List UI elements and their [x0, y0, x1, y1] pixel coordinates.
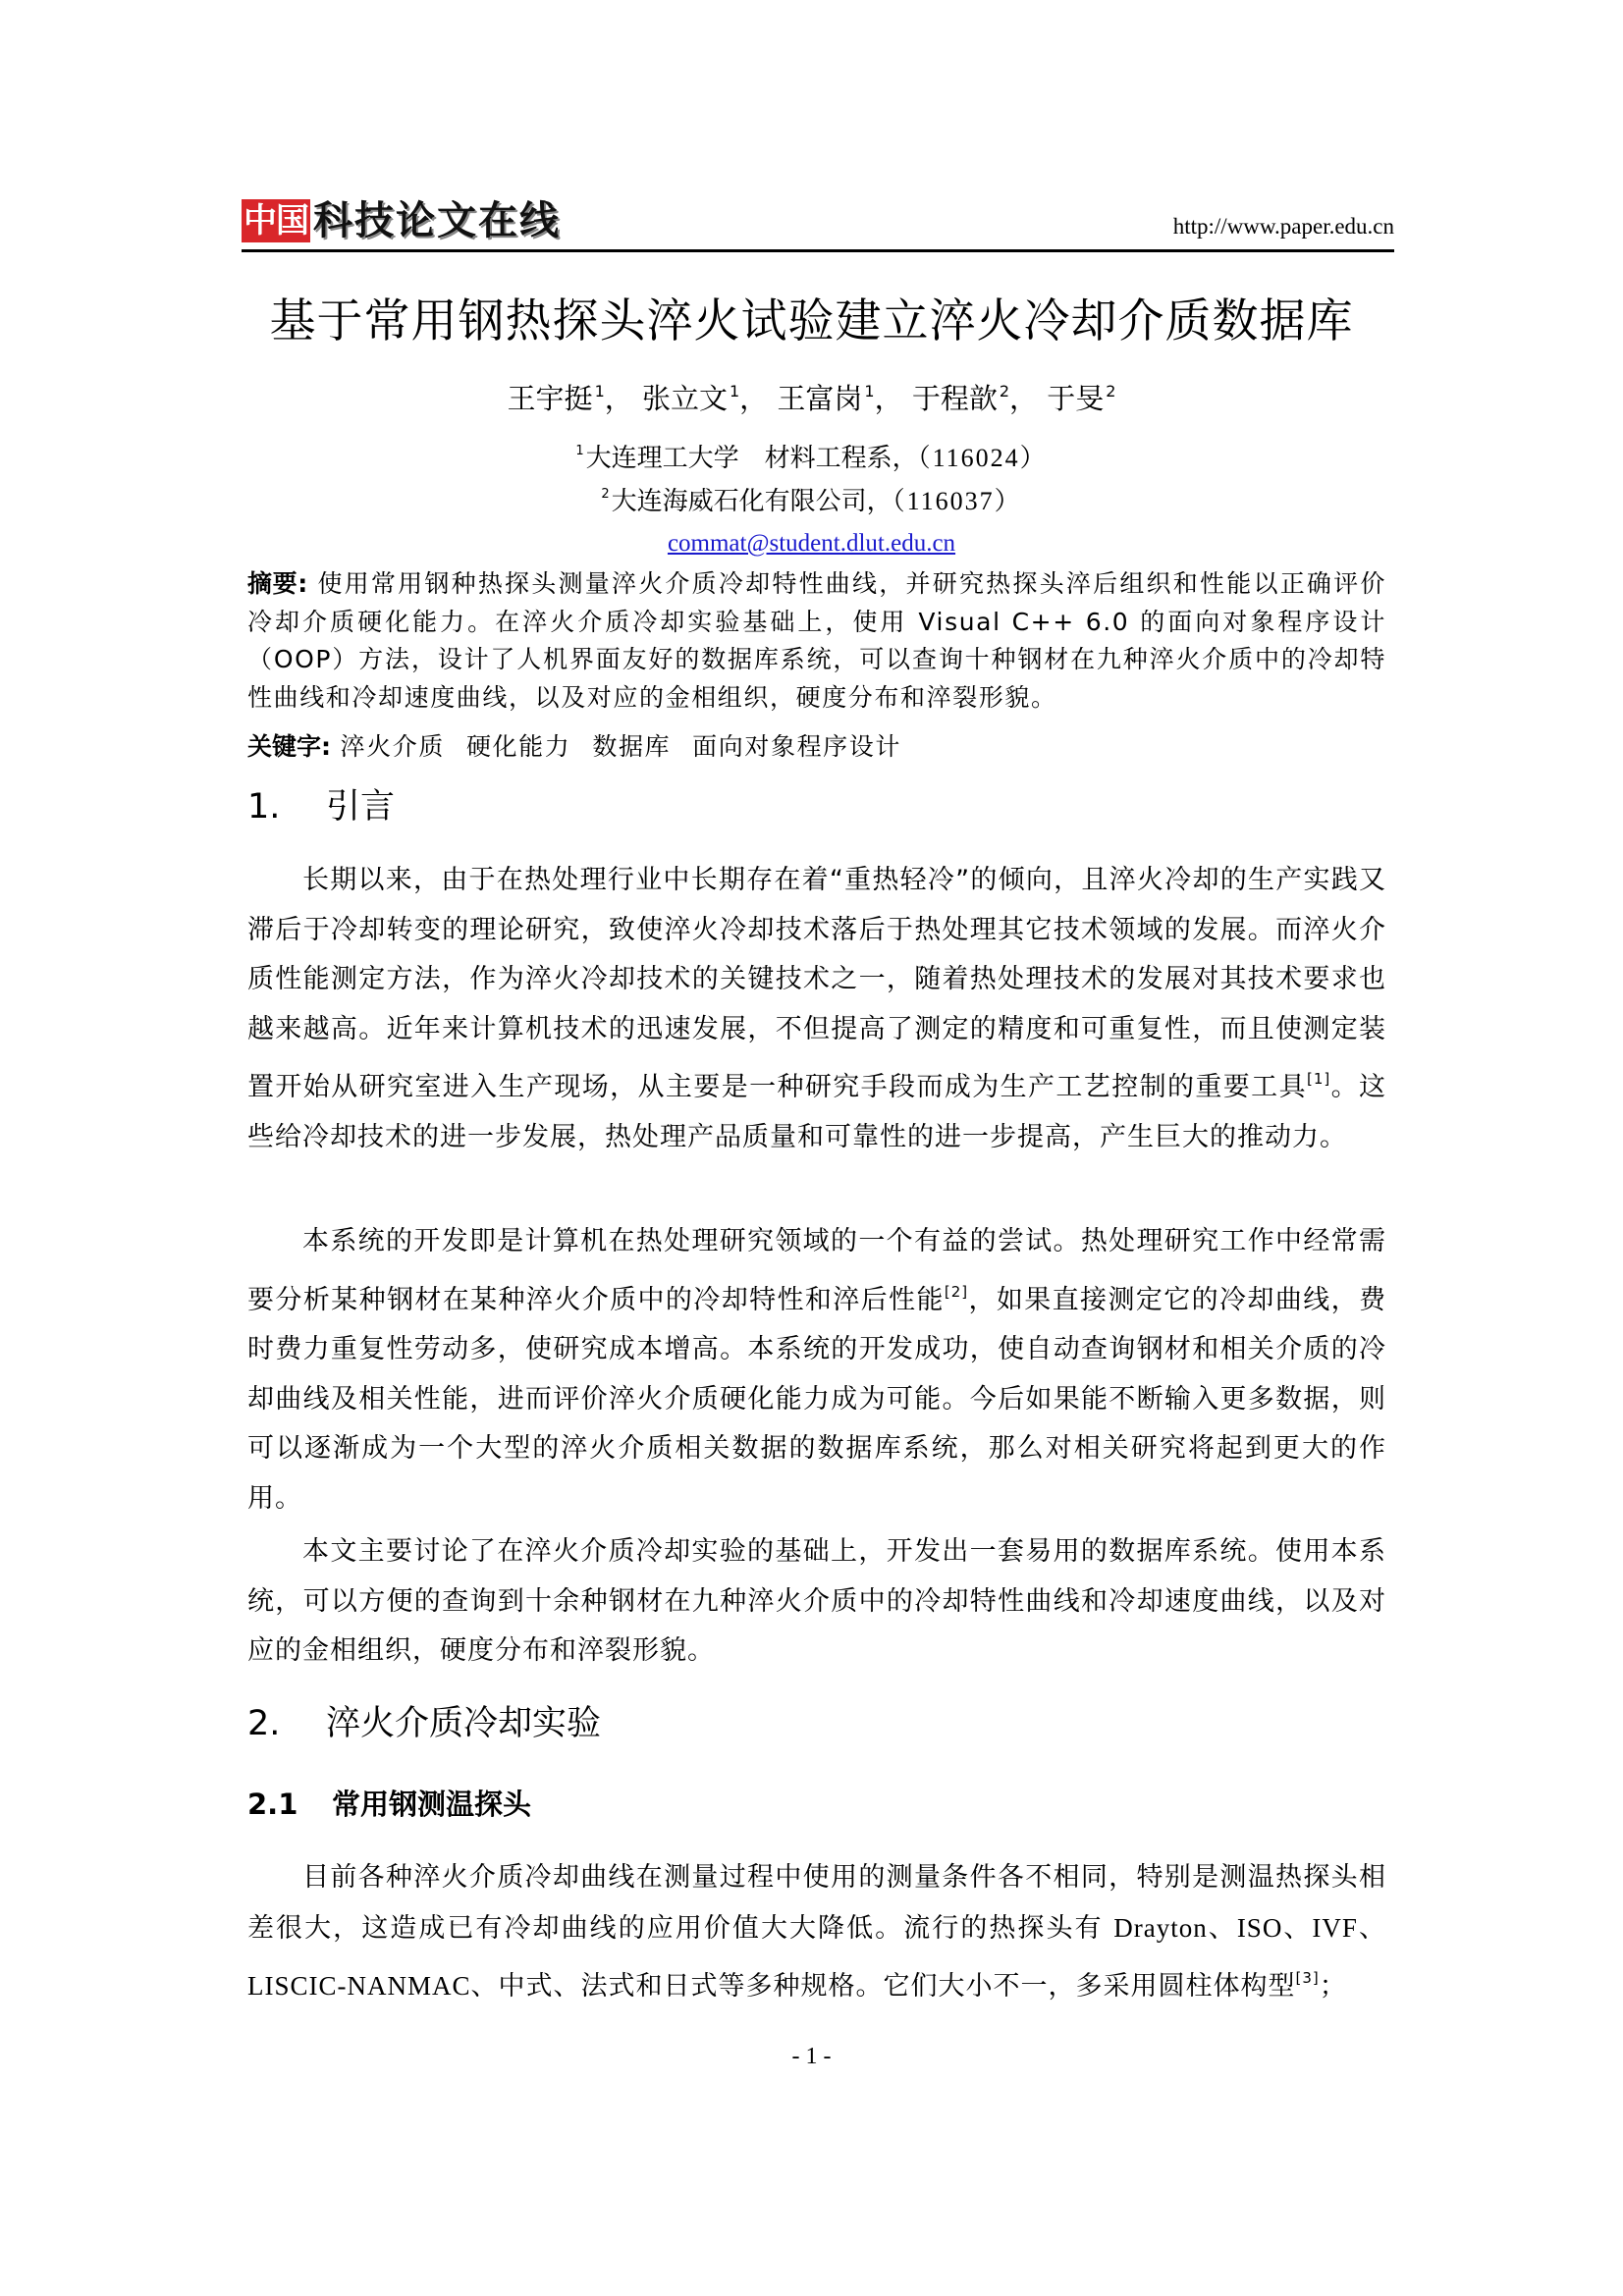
paragraph-intro-2: 本系统的开发即是计算机在热处理研究领域的一个有益的尝试。热处理研究工作中经常需要…	[247, 1217, 1386, 1523]
keywords: 关键字: 淬火介质硬化能力数据库面向对象程序设计	[247, 728, 1386, 766]
paragraph-intro-1: 长期以来，由于在热处理行业中长期存在着“重热轻冷”的倾向，且淬火冷却的生产实践又…	[247, 856, 1386, 1162]
paper-page: 中国 科技论文在线 http://www.paper.edu.cn 基于常用钢热…	[0, 0, 1623, 2296]
author-list: 王宇挺1， 张立文1， 王富岗1， 于程歆2， 于旻2	[0, 377, 1623, 417]
subsection-number: 2.1	[247, 1785, 332, 1824]
author-affil-mark: 1	[864, 382, 874, 400]
logo-black-text: 科技论文在线	[313, 197, 561, 244]
header-divider	[242, 249, 1394, 252]
keyword: 淬火介质	[341, 732, 445, 761]
site-url: http://www.paper.edu.cn	[1173, 214, 1394, 240]
para-text: ；	[1320, 1971, 1347, 2002]
affil-mark: 1	[575, 444, 583, 458]
author-affil-mark: 1	[595, 382, 605, 400]
logo-red-text: 中国	[242, 199, 310, 242]
author-affil-mark: 2	[1106, 382, 1115, 400]
author: 王宇挺	[508, 382, 593, 415]
paragraph-2-1: 目前各种淬火介质冷却曲线在测量过程中使用的测量条件各不相同，特别是测温热探头相差…	[247, 1853, 1386, 2012]
section-title: 引言	[326, 787, 395, 827]
citation-ref: [2]	[945, 1283, 968, 1301]
citation-ref: [3]	[1296, 1969, 1320, 1987]
abstract: 摘要: 使用常用钢种热探头测量淬火介质冷却特性曲线，并研究热探头淬后组织和性能以…	[247, 565, 1386, 717]
affiliation-1: 1大连理工大学 材料工程系，（116024）	[0, 438, 1623, 474]
keywords-label: 关键字:	[247, 732, 331, 761]
author-affil-mark: 2	[1000, 382, 1009, 400]
postal-code: （116024）	[918, 444, 1048, 472]
affiliation-2: 2大连海威石化有限公司，（116037）	[0, 481, 1623, 517]
keyword: 数据库	[592, 732, 671, 761]
abstract-label: 摘要:	[247, 569, 307, 598]
author-affil-mark: 1	[730, 382, 739, 400]
affil-text: 大连理工大学 材料工程系，	[586, 444, 918, 473]
affil-text: 大连海威石化有限公司，	[612, 487, 893, 516]
paragraph-intro-3: 本文主要讨论了在淬火介质冷却实验的基础上，开发出一套易用的数据库系统。使用本系统…	[247, 1527, 1386, 1677]
author: 王富岗	[777, 382, 862, 415]
paper-title: 基于常用钢热探头淬火试验建立淬火冷却介质数据库	[0, 285, 1623, 350]
section-number: 2.	[247, 1702, 326, 1745]
email-link[interactable]: commat@student.dlut.edu.cn	[668, 530, 955, 557]
author: 于旻	[1047, 382, 1104, 415]
subsection-title: 常用钢测温探头	[332, 1788, 531, 1821]
site-logo: 中国 科技论文在线	[242, 196, 561, 245]
contact-email: commat@student.dlut.edu.cn	[0, 530, 1623, 558]
para-text: 本文主要讨论了在淬火介质冷却实验的基础上，开发出一套易用的数据库系统。使用本系统…	[247, 1536, 1386, 1666]
section-heading-1: 1.引言	[247, 785, 1386, 828]
section-heading-2: 2.淬火介质冷却实验	[247, 1702, 1386, 1745]
author: 张立文	[642, 382, 728, 415]
section-number: 1.	[247, 785, 326, 828]
keyword: 硬化能力	[466, 732, 570, 761]
section-title: 淬火介质冷却实验	[326, 1704, 601, 1743]
page-number: - 1 -	[0, 2044, 1623, 2070]
affil-mark: 2	[601, 487, 609, 502]
postal-code: （116037）	[893, 487, 1022, 515]
page-header: 中国 科技论文在线 http://www.paper.edu.cn	[242, 194, 1394, 249]
keyword: 面向对象程序设计	[692, 732, 901, 761]
para-text: 长期以来，由于在热处理行业中长期存在着“重热轻冷”的倾向，且淬火冷却的生产实践又…	[247, 865, 1386, 1102]
para-text: ，如果直接测定它的冷却曲线，费时费力重复性劳动多，使研究成本增高。本系统的开发成…	[247, 1285, 1386, 1514]
abstract-text: 使用常用钢种热探头测量淬火介质冷却特性曲线，并研究热探头淬后组织和性能以正确评价…	[247, 569, 1386, 712]
author: 于程歆	[912, 382, 998, 415]
subsection-heading-2-1: 2.1常用钢测温探头	[247, 1785, 1386, 1824]
citation-ref: [1]	[1307, 1070, 1330, 1088]
para-text: 、中式、法式和日式等多种规格。它们大小不一，多采用圆柱体构型	[471, 1971, 1296, 2002]
